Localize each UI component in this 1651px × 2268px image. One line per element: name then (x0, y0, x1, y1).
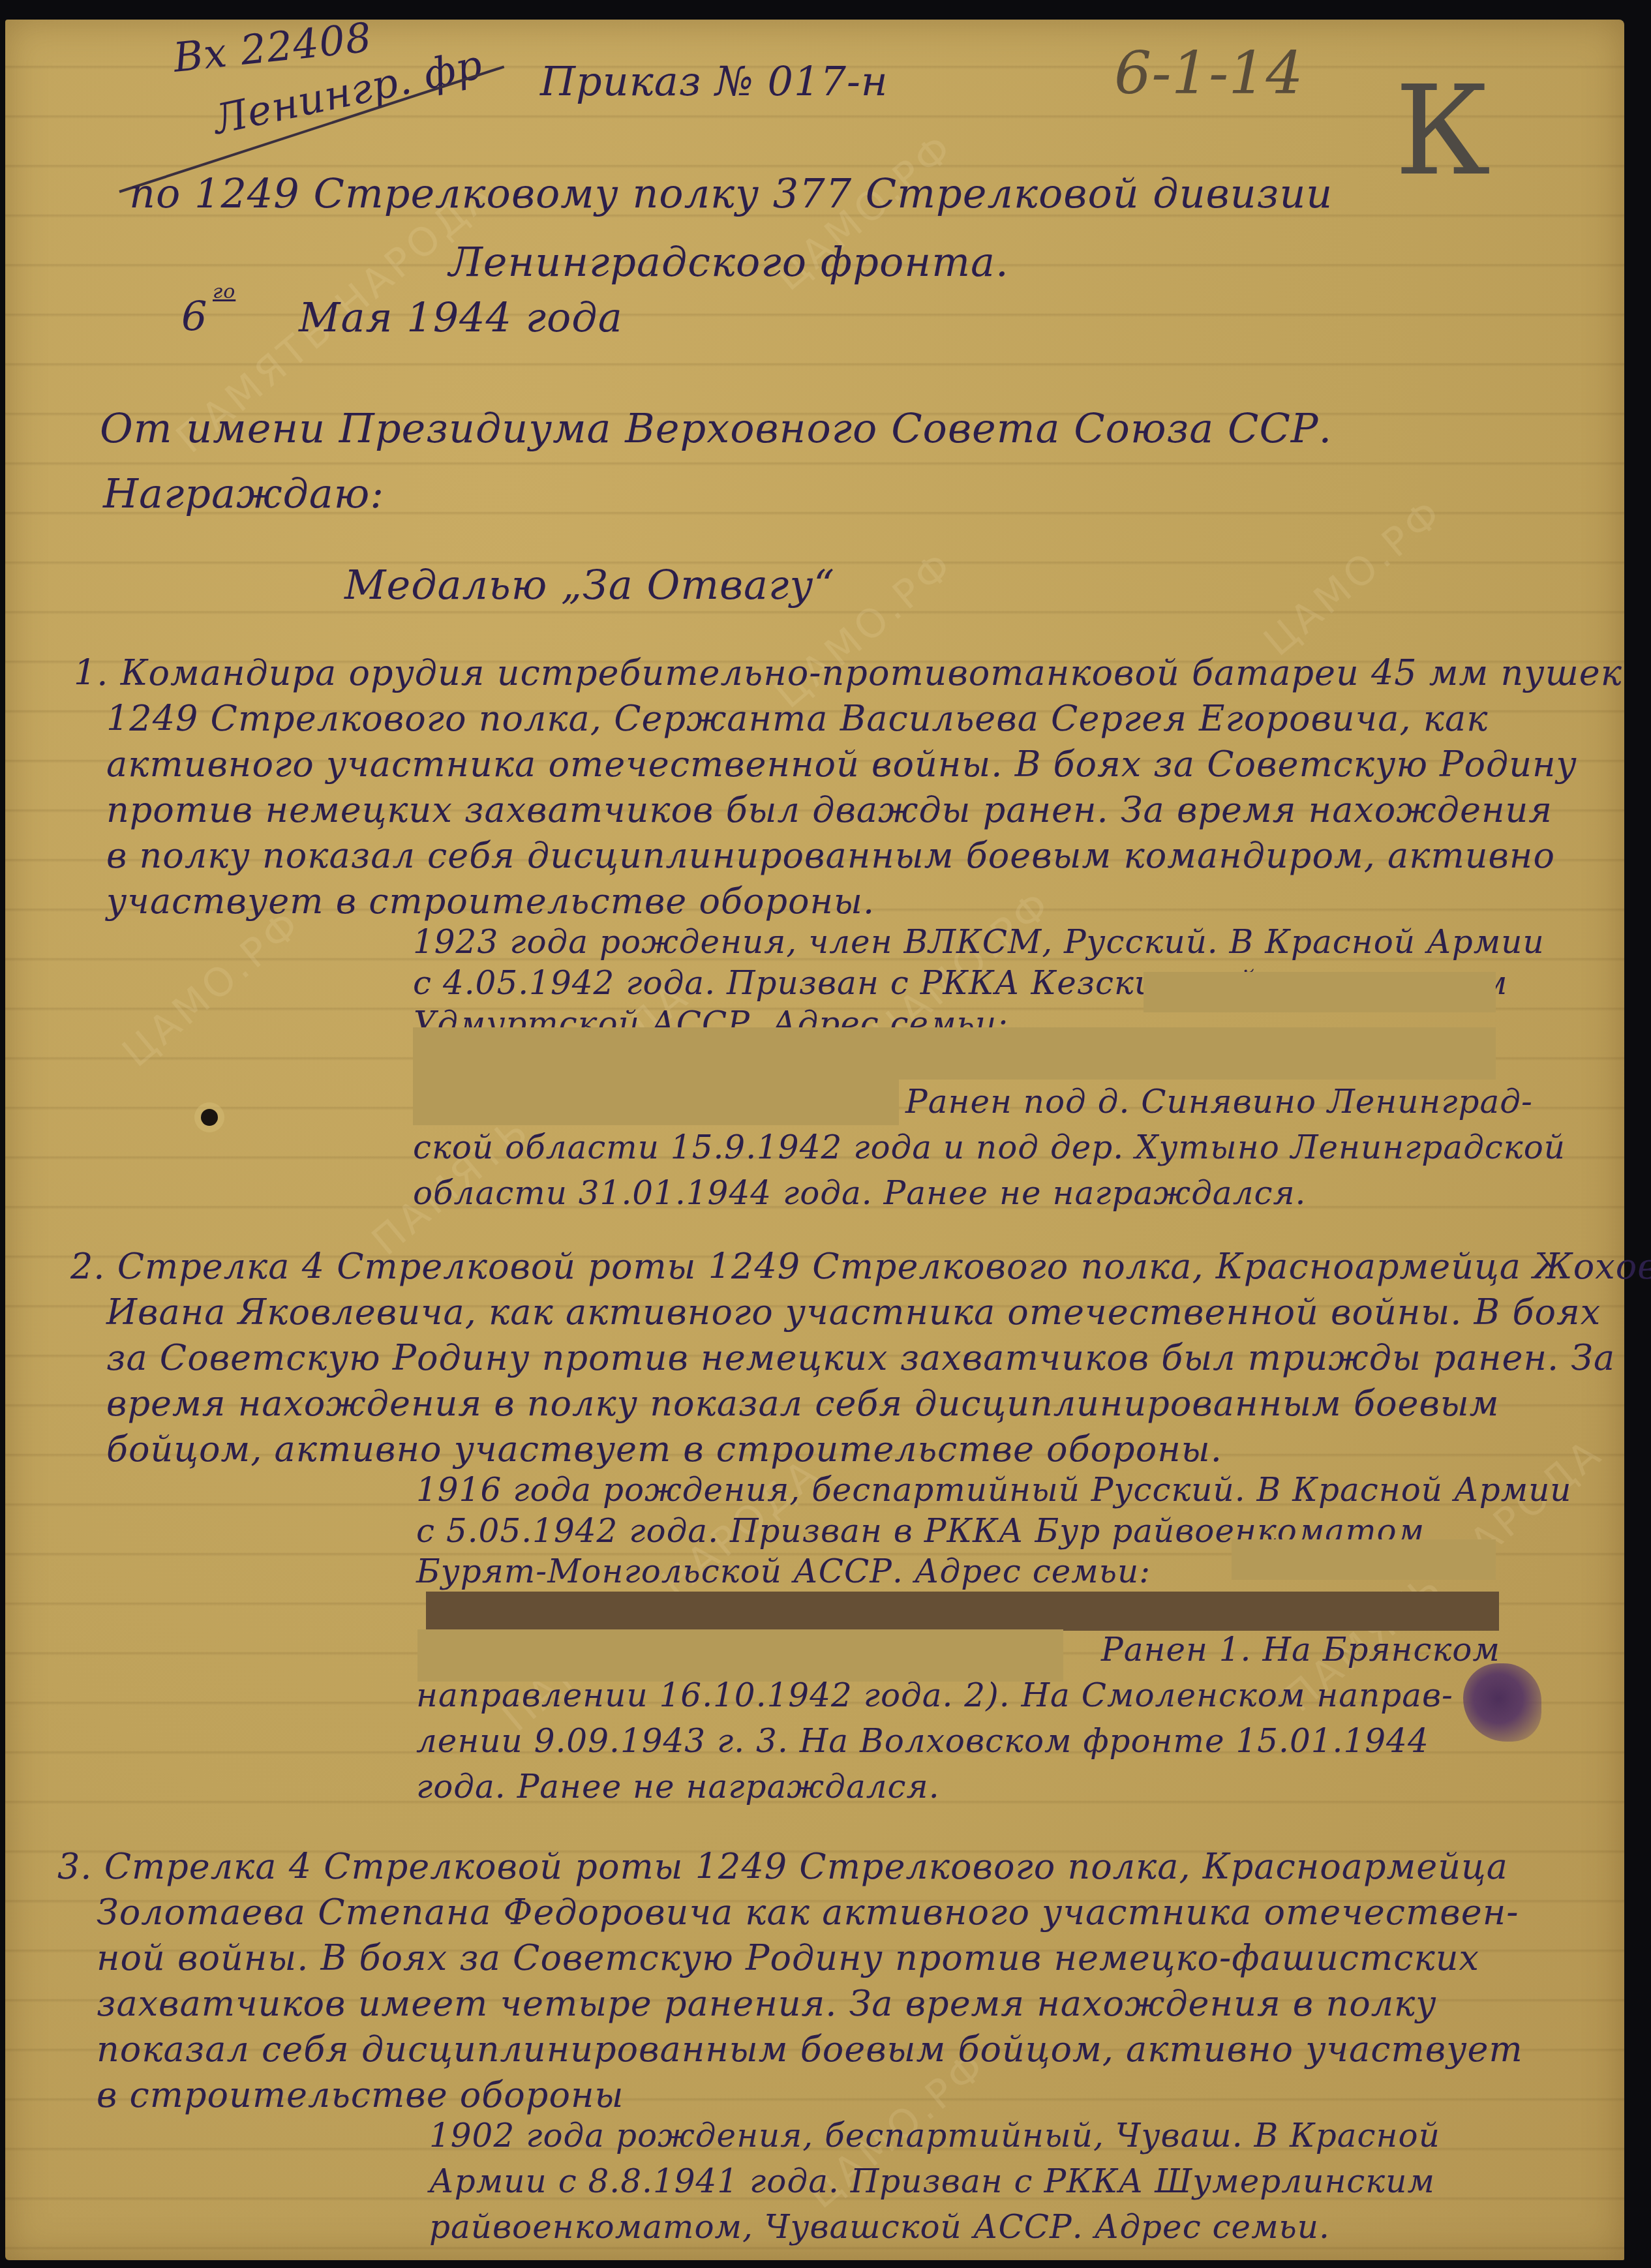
entry-text-line: в полку показал себя дисциплинированным … (106, 835, 1555, 876)
order-title: Приказ № 017-н (540, 57, 888, 105)
bio-line: райвоенкоматом, Чувашской АССР. Адрес се… (429, 2208, 1330, 2246)
entry-text-line: активного участника отечественной войны.… (106, 744, 1577, 785)
entry-text-line: 1249 Стрелкового полка, Сержанта Василье… (106, 698, 1488, 739)
date-month-year: Мая 1944 года (299, 294, 623, 341)
watermark: ЦАМО.РФ (114, 900, 311, 1076)
entry-text-line: Ивана Яковлевича, как активного участник… (106, 1292, 1601, 1333)
entry-text-line: показал себя дисциплинированным боевым б… (97, 2029, 1523, 2070)
redacted-address (1232, 1539, 1496, 1580)
redacted-address (426, 1592, 1499, 1631)
entry-text-line: время нахождения в полку показал себя ди… (106, 1383, 1500, 1424)
entry-text-line: участвует в строительстве обороны. (106, 881, 875, 922)
entry-text-line: за Советскую Родину против немецких захв… (106, 1337, 1615, 1378)
paper-hole (201, 1109, 218, 1126)
award-name: Медалью „За Отвагу“ (344, 561, 835, 609)
entry-text-line: бойцом, активно участвует в строительств… (106, 1429, 1222, 1470)
entry-text-line: 3. Стрелка 4 Стрелковой роты 1249 Стрелк… (57, 1846, 1508, 1887)
bio-line: лении 9.09.1943 г. 3. На Волховском фрон… (416, 1722, 1429, 1760)
bio-line: года. Ранее не награждался. (416, 1768, 940, 1806)
entry-text-line: 2. Стрелка 4 Стрелковой роты 1249 Стрелк… (70, 1246, 1651, 1287)
ink-blot (1463, 1663, 1541, 1742)
entry-text-line: ной войны. В боях за Советскую Родину пр… (97, 1937, 1479, 1978)
bio-line: 1916 года рождения, беспартийный Русский… (416, 1471, 1572, 1509)
redacted-address (413, 1027, 1496, 1080)
bio-line: 1902 года рождения, беспартийный, Чуваш.… (429, 2117, 1440, 2155)
entry-text-line: 1. Командира орудия истребительно-против… (74, 652, 1622, 693)
bio-line: 1923 года рождения, член ВЛКСМ, Русский.… (413, 923, 1545, 961)
bio-line: ской области 15.9.1942 года и под дер. Х… (413, 1128, 1566, 1166)
addressee-line-2: Ленинградского фронта. (449, 238, 1009, 286)
redacted-address (417, 1629, 1063, 1682)
entry-text-line: против немецких захватчиков был дважды р… (106, 789, 1553, 830)
addressee-line-1: по 1249 Стрелковому полку 377 Стрелковой… (129, 170, 1333, 217)
corner-mark: К (1395, 59, 1491, 203)
bio-line: Ранен 1. На Брянском (1101, 1631, 1500, 1669)
preamble-line-1: От имени Президиума Верховного Совета Со… (100, 404, 1332, 452)
archive-reference: 6-1-14 (1114, 39, 1303, 108)
bio-line: области 31.01.1944 года. Ранее не награж… (413, 1174, 1307, 1212)
bio-line: Армии с 8.8.1941 года. Призван с РККА Шу… (429, 2162, 1435, 2200)
redacted-address (413, 1080, 899, 1125)
date-day-suffix: го (213, 280, 235, 303)
preamble-line-2: Награждаю: (103, 470, 384, 517)
bio-line: Ранен под д. Синявино Ленинград- (905, 1083, 1533, 1121)
entry-text-line: захватчиков имеет четыре ранения. За вре… (97, 1983, 1437, 2024)
entry-text-line: Золотаева Степана Федоровича как активно… (97, 1892, 1519, 1933)
bio-line: направлении 16.10.1942 года. 2). На Смол… (416, 1676, 1453, 1714)
entry-text-line: в строительстве обороны (97, 2074, 624, 2115)
bio-line: Бурят-Монгольской АССР. Адрес семьи: (416, 1552, 1151, 1590)
watermark: ЦАМО.РФ (1256, 489, 1453, 665)
redacted-address (1144, 972, 1496, 1012)
date-day: 6 (181, 292, 207, 340)
document-page: ПАМЯТЬ НАРОДА ЦАМО.РФ ЦАМО.РФ ЦАМО.РФ ЦА… (5, 20, 1624, 2260)
